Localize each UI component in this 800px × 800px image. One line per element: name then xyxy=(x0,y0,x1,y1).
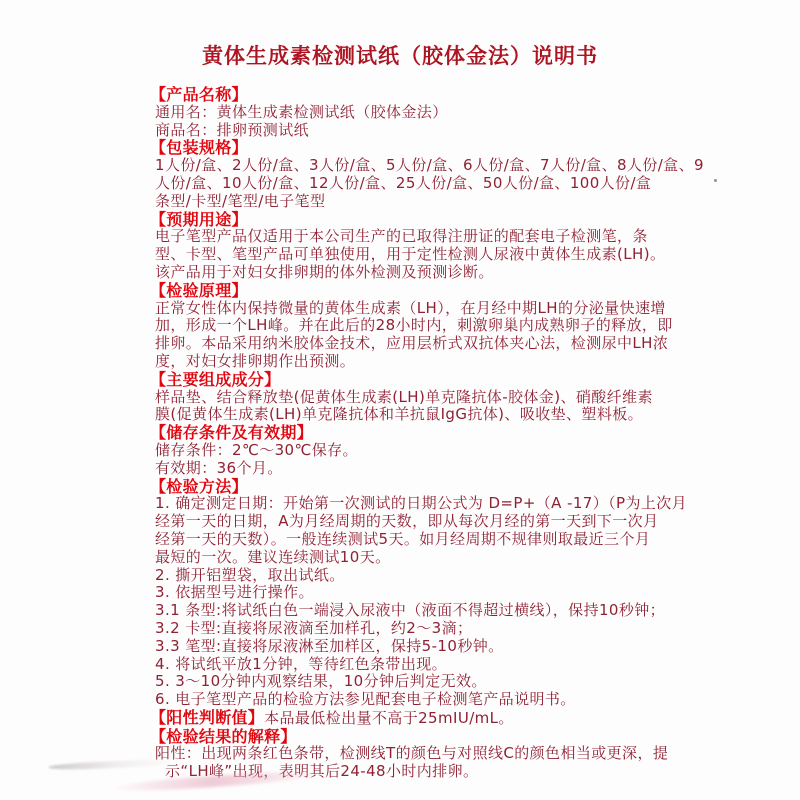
section-line: 商品名：排卵预测试纸 xyxy=(155,122,670,140)
section-line: 正常女性体内保持微量的黄体生成素（LH），在月经中期LH的分泌量快速增 xyxy=(155,300,670,318)
section-line: 条型/卡型/笔型/电子笔型 xyxy=(155,193,670,211)
section-line: 排卵。本品采用纳米胶体金技术，应用层析式双抗体夹心法，检测尿中LH浓 xyxy=(155,335,670,353)
section-packaging-spec: 【包装规格】 1人份/盒、2人份/盒、3人份/盒、5人份/盒、6人份/盒、7人份… xyxy=(150,139,670,210)
section-line: 样品垫、结合释放垫(促黄体生成素(LH)单克隆抗体-胶体金)、硝酸纤维素 xyxy=(155,389,670,407)
section-heading: 【包装规格】 xyxy=(150,139,670,157)
section-line: 阳性：出现两条红色条带，检测线T的颜色与对照线C的颜色相当或更深，提 xyxy=(155,745,670,763)
section-heading: 【产品名称】 xyxy=(150,86,670,104)
section-heading: 【阳性判断值】 xyxy=(150,708,264,727)
section-line: 3.1 条型:将试纸白色一端浸入尿液中（液面不得超过横线），保持10秒钟； xyxy=(155,602,670,620)
section-line: 1. 确定测定日期：开始第一次测试的日期公式为 D=P+（A -17）（P为上次… xyxy=(155,495,670,513)
section-line: 型、卡型、笔型产品可单独使用，用于定性检测人尿液中黄体生成素(LH)。 xyxy=(155,246,670,264)
section-heading: 【检验原理】 xyxy=(150,282,670,300)
leaflet-page: 黄体生成素检测试纸（胶体金法）说明书 【产品名称】 通用名：黄体生成素检测试纸（… xyxy=(0,0,800,800)
section-heading: 【检验方法】 xyxy=(150,478,670,496)
section-inline-text: 本品最低检出量不高于25mIU/mL。 xyxy=(264,709,514,727)
section-line: 3.2 卡型:直接将尿液滴至加样孔，约2～3滴； xyxy=(155,620,670,638)
section-storage-validity: 【储存条件及有效期】 储存条件：2℃～30℃保存。 有效期：36个月。 xyxy=(150,424,670,477)
section-positive-threshold: 【阳性判断值】本品最低检出量不高于25mIU/mL。 xyxy=(150,709,670,728)
section-line: 有效期：36个月。 xyxy=(155,460,670,478)
section-line: 通用名：黄体生成素检测试纸（胶体金法） xyxy=(155,104,670,122)
section-line: 5. 3～10分钟内观察结果，10分钟后判定无效。 xyxy=(155,673,670,691)
section-line: 经第一天的天数）。一般连续测试5天。如月经周期不规律则取最近三个月 xyxy=(155,531,670,549)
section-test-method: 【检验方法】 1. 确定测定日期：开始第一次测试的日期公式为 D=P+（A -1… xyxy=(150,478,670,709)
section-line: 3.3 笔型:直接将尿液淋至加样区，保持5-10秒钟。 xyxy=(155,638,670,656)
section-line: 人份/盒、10人份/盒、12人份/盒、25人份/盒、50人份/盒、100人份/盒 xyxy=(155,175,670,193)
section-line: 1人份/盒、2人份/盒、3人份/盒、5人份/盒、6人份/盒、7人份/盒、8人份/… xyxy=(155,157,670,175)
page-title: 黄体生成素检测试纸（胶体金法）说明书 xyxy=(0,40,800,70)
section-test-principle: 【检验原理】 正常女性体内保持微量的黄体生成素（LH），在月经中期LH的分泌量快… xyxy=(150,282,670,371)
section-product-name: 【产品名称】 通用名：黄体生成素检测试纸（胶体金法） 商品名：排卵预测试纸 xyxy=(150,86,670,139)
section-heading: 【检验结果的解释】 xyxy=(150,728,670,746)
section-line: 膜(促黄体生成素(LH)单克隆抗体和羊抗鼠IgG抗体)、吸收垫、塑料板。 xyxy=(155,406,670,424)
section-heading: 【预期用途】 xyxy=(150,211,670,229)
section-line: 4. 将试纸平放1分钟，等待红色条带出现。 xyxy=(155,656,670,674)
section-line: 【阳性判断值】本品最低检出量不高于25mIU/mL。 xyxy=(150,709,670,728)
section-line: 2. 撕开铝塑袋，取出试纸。 xyxy=(155,567,670,585)
section-heading: 【主要组成成分】 xyxy=(150,371,670,389)
section-intended-use: 【预期用途】 电子笔型产品仅适用于本公司生产的已取得注册证的配套电子检测笔，条 … xyxy=(150,211,670,282)
section-line: 6. 电子笔型产品的检验方法参见配套电子检测笔产品说明书。 xyxy=(155,691,670,709)
section-line: 该产品用于对妇女排卵期的体外检测及预测诊断。 xyxy=(155,264,670,282)
section-line: 度，对妇女排卵期作出预测。 xyxy=(155,353,670,371)
leaflet-body: 【产品名称】 通用名：黄体生成素检测试纸（胶体金法） 商品名：排卵预测试纸 【包… xyxy=(150,86,670,781)
section-line: 示“LH峰”出现，表明其后24-48小时内排卵。 xyxy=(165,763,670,781)
photo-artifact-speck xyxy=(714,179,717,182)
section-line: 储存条件：2℃～30℃保存。 xyxy=(155,442,670,460)
section-result-interpretation: 【检验结果的解释】 阳性：出现两条红色条带，检测线T的颜色与对照线C的颜色相当或… xyxy=(150,728,670,781)
section-line: 加，形成一个LH峰。并在此后的28小时内，刺激卵巢内成熟卵子的释放，即 xyxy=(155,317,670,335)
section-line: 经第一天的日期，A为月经周期的天数，即从每次月经的第一天到下一次月 xyxy=(155,513,670,531)
section-heading: 【储存条件及有效期】 xyxy=(150,424,670,442)
section-line: 最短的一次。建议连续测试10天。 xyxy=(155,549,670,567)
section-line: 3. 依据型号进行操作。 xyxy=(155,584,670,602)
section-line: 电子笔型产品仅适用于本公司生产的已取得注册证的配套电子检测笔，条 xyxy=(155,228,670,246)
section-main-components: 【主要组成成分】 样品垫、结合释放垫(促黄体生成素(LH)单克隆抗体-胶体金)、… xyxy=(150,371,670,424)
